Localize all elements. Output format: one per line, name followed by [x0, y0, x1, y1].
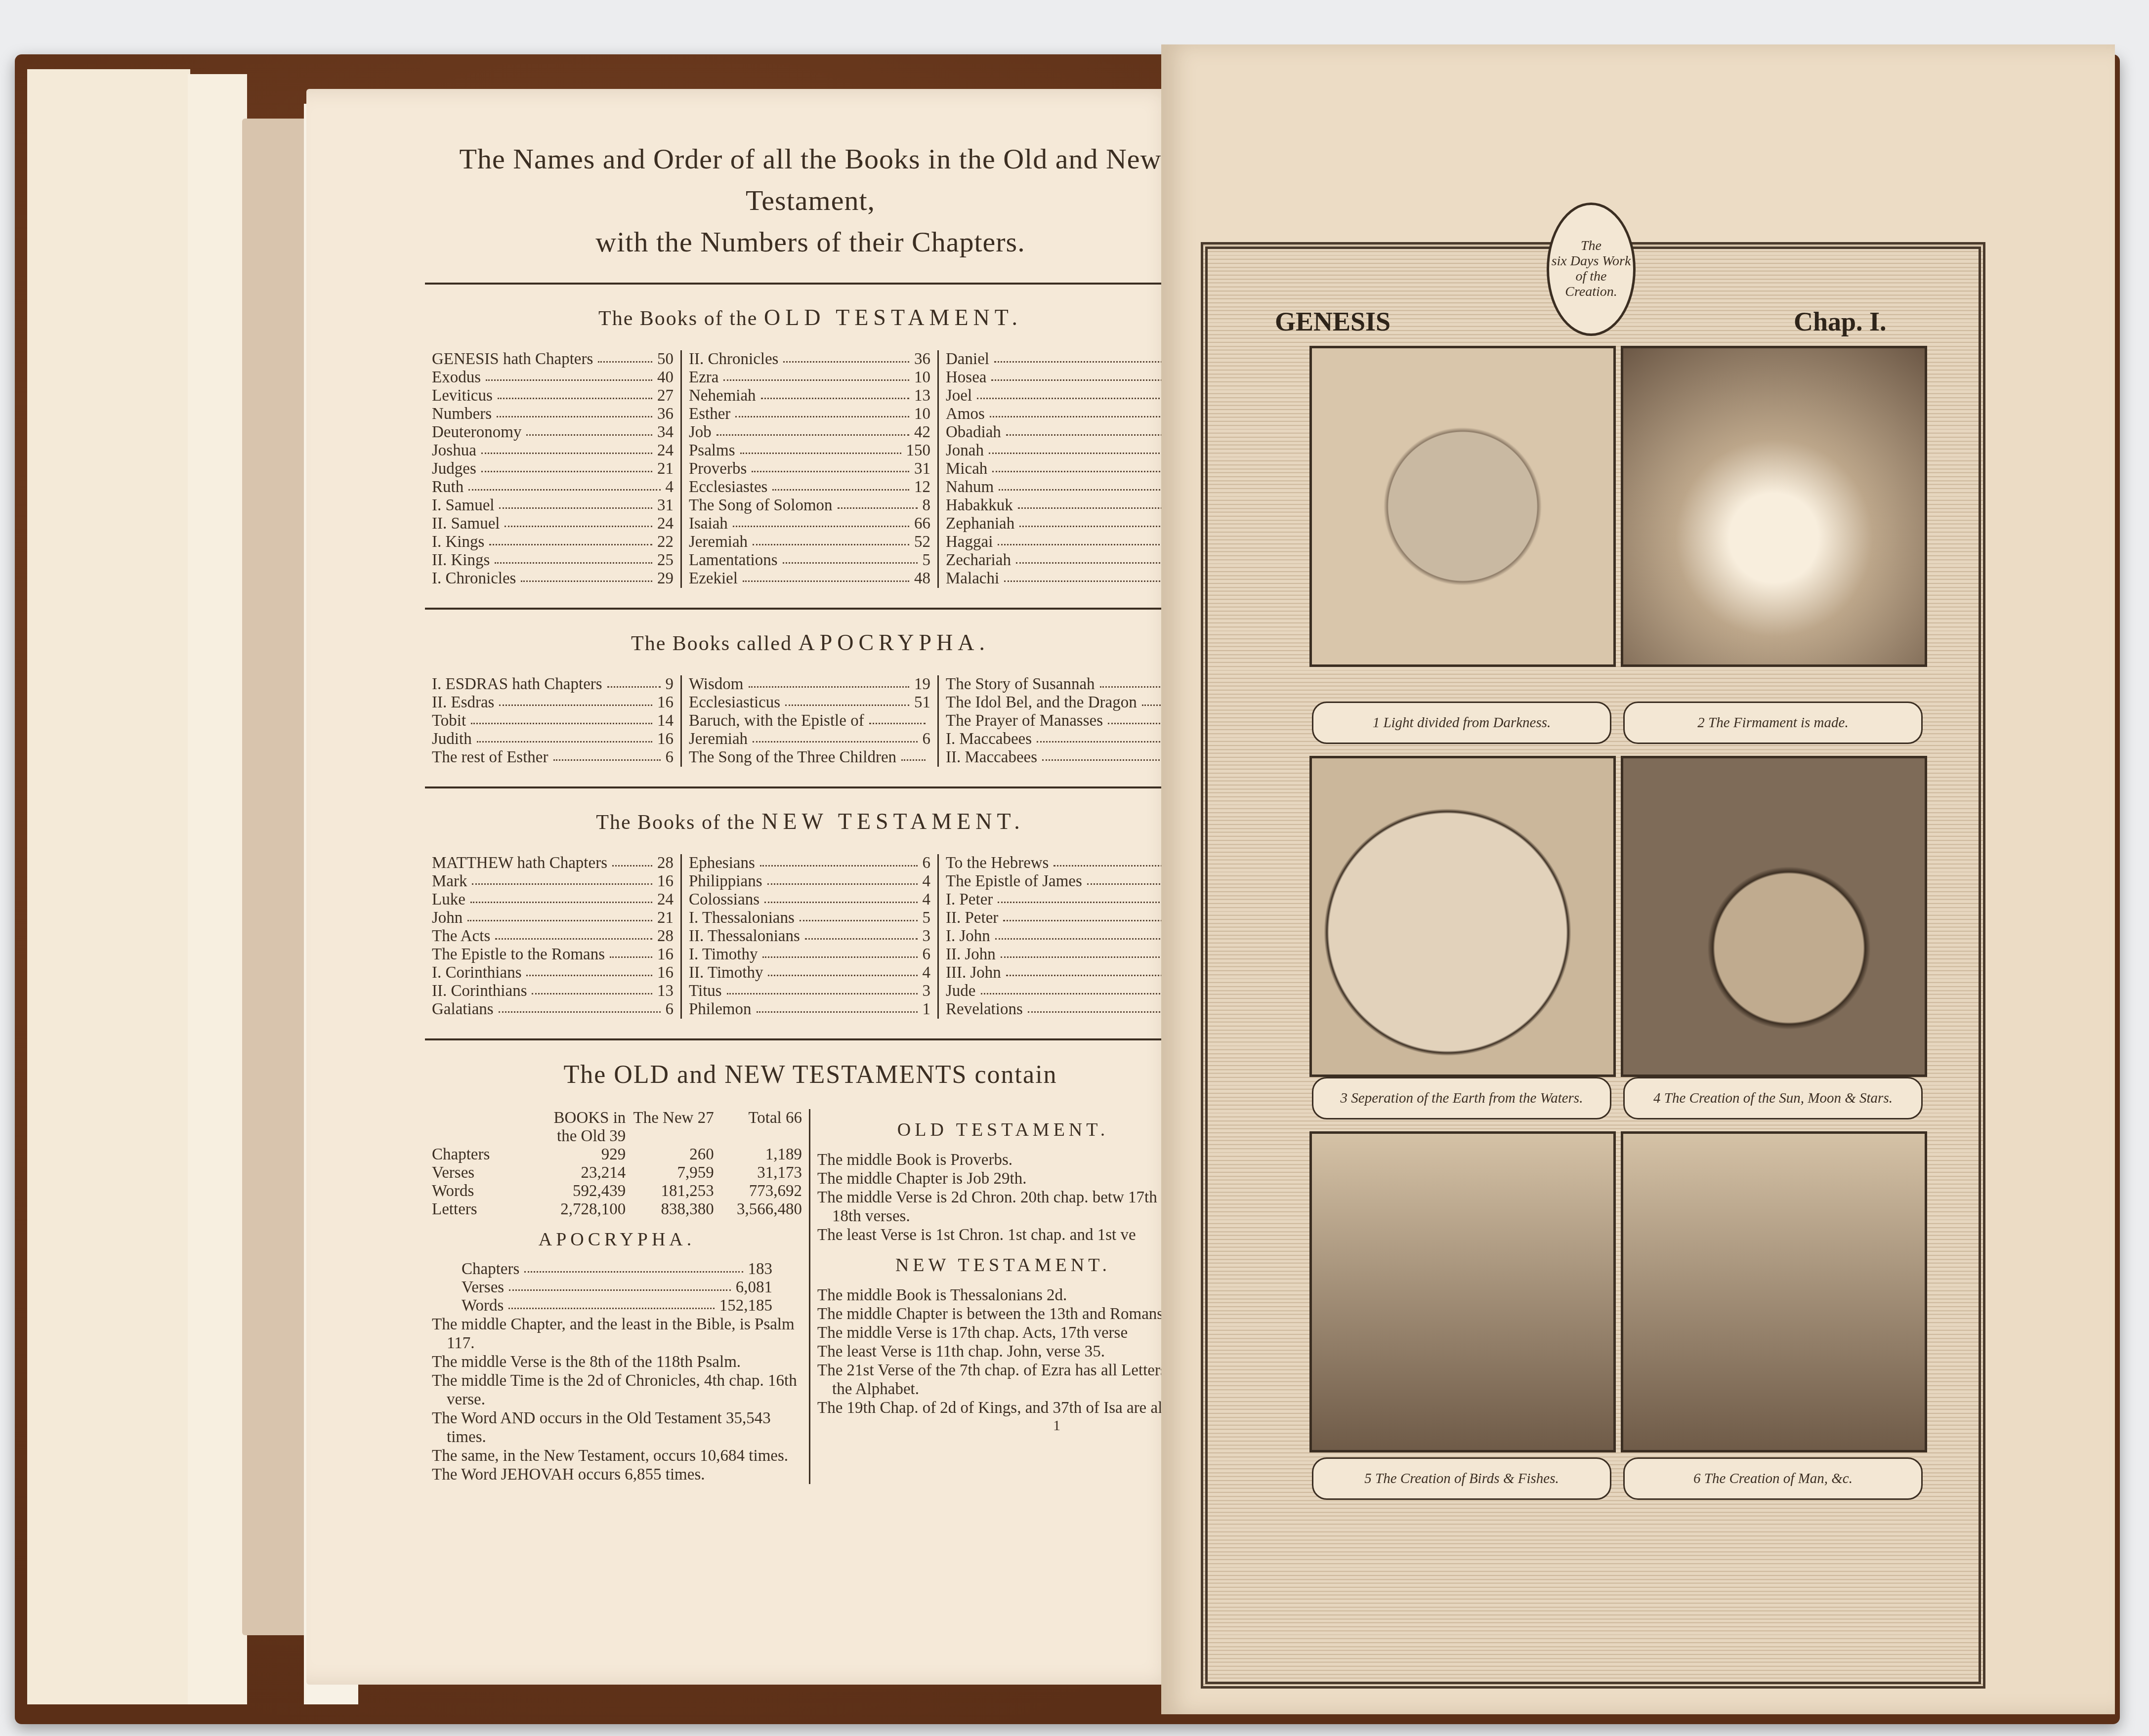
leader-dots	[995, 927, 1184, 940]
book-name: Job	[689, 423, 712, 442]
book-name: I. Maccabees	[946, 730, 1032, 748]
book-name: The Idol Bel, and the Dragon	[946, 694, 1137, 712]
apocrypha-stat-row: Chapters183	[432, 1260, 802, 1279]
apocrypha-list: I. ESDRAS hath Chapters9II. Esdras16Tobi…	[425, 675, 1196, 767]
chapter-count: 6	[923, 730, 931, 748]
leader-dots	[762, 946, 917, 958]
leader-dots	[772, 478, 909, 491]
book-row: Jeremiah52	[689, 533, 930, 551]
heading-prefix: The Books of the	[596, 811, 755, 834]
new-testament-subheading: NEW TESTAMENT.	[817, 1254, 1189, 1276]
chapter-count: 22	[657, 533, 674, 551]
engraved-header: GENESIS Chap. I. The six Days Work of th…	[1201, 232, 1981, 321]
book-column: To the HebrewsThe Epistle of JamesI. Pet…	[939, 854, 1196, 1019]
leader-dots	[723, 369, 909, 381]
statistics-left: BOOKS in the Old 39The New 27Total 66Cha…	[425, 1109, 810, 1484]
leader-dots	[499, 694, 652, 706]
leader-dots	[992, 460, 1184, 472]
book-row: GENESIS hath Chapters50	[432, 350, 674, 369]
book-name: II. Samuel	[432, 515, 500, 533]
book-name: Ephesians	[689, 854, 755, 872]
leader-dots	[990, 405, 1184, 417]
leader-dots	[743, 570, 909, 582]
book-name: Leviticus	[432, 387, 493, 405]
fact-line: The middle Chapter is between the 13th a…	[817, 1305, 1189, 1323]
leader-dots	[470, 891, 652, 903]
book-name: Esther	[689, 405, 730, 423]
book-name: Habakkuk	[946, 496, 1013, 515]
book-column: MATTHEW hath Chapters28Mark16Luke24John2…	[425, 854, 682, 1019]
book-row: Philemon1	[689, 1000, 930, 1019]
chapter-count: 6	[666, 1000, 674, 1019]
leader-dots	[486, 369, 652, 381]
leader-dots	[524, 1260, 743, 1273]
apocrypha-subheading: APOCRYPHA.	[432, 1229, 802, 1250]
heading-caps: OLD TESTAMENT.	[764, 305, 1022, 330]
page-title: The Names and Order of all the Books in …	[425, 138, 1196, 263]
chapter-count: 5	[923, 551, 931, 570]
book-name: To the Hebrews	[946, 854, 1049, 872]
totals-cell: 7,959	[626, 1164, 714, 1182]
stat-label: Chapters	[462, 1260, 519, 1279]
totals-header: BOOKS in the Old 39The New 27Total 66	[432, 1109, 802, 1146]
leader-dots	[532, 982, 652, 994]
book-name: Joel	[946, 387, 972, 405]
book-row: III. John	[946, 964, 1189, 982]
leader-dots	[553, 748, 661, 761]
leader-dots	[509, 1279, 731, 1291]
totals-table: BOOKS in the Old 39The New 27Total 66Cha…	[432, 1109, 802, 1219]
divider	[425, 786, 1196, 788]
new-testament-list: MATTHEW hath Chapters28Mark16Luke24John2…	[425, 854, 1196, 1019]
leader-dots	[901, 748, 926, 761]
caption-5: 5 The Creation of Birds & Fishes.	[1312, 1457, 1611, 1500]
chapter-count: 24	[657, 442, 674, 460]
book-row: Revelations	[946, 1000, 1189, 1019]
leader-dots	[749, 675, 909, 688]
book-row: MATTHEW hath Chapters28	[432, 854, 674, 872]
apocrypha-stat-row: Words152,185	[432, 1297, 802, 1315]
book-name: Obadiah	[946, 423, 1001, 442]
leader-dots	[495, 551, 652, 564]
book-row: II. Maccabees	[946, 748, 1189, 767]
leader-dots	[753, 730, 917, 743]
book-name: Zechariah	[946, 551, 1011, 570]
book-name: John	[432, 909, 463, 927]
leader-dots	[768, 964, 917, 976]
leader-dots	[481, 442, 652, 454]
totals-cell: 592,439	[538, 1182, 626, 1200]
book-row: Deuteronomy34	[432, 423, 674, 442]
book-row: II. Kings25	[432, 551, 674, 570]
stat-label: Words	[462, 1297, 504, 1315]
chapter-count: 16	[657, 872, 674, 891]
book-column: Ephesians6Philippians4Colossians4I. Thes…	[682, 854, 939, 1019]
book-row: I. Peter	[946, 891, 1189, 909]
book-row: Psalms150	[689, 442, 930, 460]
book-name: The Song of the Three Children	[689, 748, 896, 767]
book-name: Isaiah	[689, 515, 728, 533]
book-name: Joshua	[432, 442, 476, 460]
fact-line: The middle Verse is 17th chap. Acts, 17t…	[817, 1323, 1189, 1342]
book-row: II. Chronicles36	[689, 350, 930, 369]
panel-creation-of-man	[1621, 1131, 1927, 1452]
medallion: The six Days Work of the Creation.	[1547, 203, 1636, 336]
book-name: Judith	[432, 730, 472, 748]
chapter-count: 9	[666, 675, 674, 694]
book-name: The Story of Susannah	[946, 675, 1095, 694]
chapter-count: 28	[657, 854, 674, 872]
leader-dots	[1006, 423, 1184, 436]
book-row: The Epistle to the Romans16	[432, 946, 674, 964]
leader-dots	[735, 405, 909, 417]
heading-caps: NEW TESTAMENT.	[761, 809, 1024, 834]
stat-label: Verses	[462, 1279, 504, 1297]
book-name: Exodus	[432, 369, 481, 387]
chapter-count: 40	[657, 369, 674, 387]
book-name: Ruth	[432, 478, 464, 496]
leader-dots	[1003, 909, 1184, 921]
book-name: Galatians	[432, 1000, 494, 1019]
chapter-count: 36	[657, 405, 674, 423]
book-row: To the Hebrews	[946, 854, 1189, 872]
book-name: Jeremiah	[689, 730, 748, 748]
medallion-line: The	[1581, 239, 1601, 254]
book-row: Joel	[946, 387, 1189, 405]
book-name: Haggai	[946, 533, 993, 551]
book-row: Malachi	[946, 570, 1189, 588]
book-name: Jeremiah	[689, 533, 748, 551]
heading-prefix: The Books of the	[598, 307, 758, 330]
chapter-count: 4	[923, 891, 931, 909]
totals-cell: 2,728,100	[538, 1200, 626, 1219]
caption-1: 1 Light divided from Darkness.	[1312, 702, 1611, 744]
book-row: I. Corinthians16	[432, 964, 674, 982]
book-row: I. Samuel31	[432, 496, 674, 515]
book-name: I. Timothy	[689, 946, 758, 964]
book-name: Numbers	[432, 405, 492, 423]
book-name: I. Corinthians	[432, 964, 521, 982]
totals-row: Chapters9292601,189	[432, 1146, 802, 1164]
chapter-count: 12	[914, 478, 930, 496]
chapter-count: 16	[657, 964, 674, 982]
totals-cell: 929	[538, 1146, 626, 1164]
book-name: Jonah	[946, 442, 984, 460]
medallion-line: of the	[1576, 269, 1607, 285]
leader-dots	[716, 423, 909, 436]
leader-dots	[753, 533, 909, 545]
totals-cell: 1,189	[714, 1146, 802, 1164]
chapter-count: 150	[906, 442, 931, 460]
book-row: Micah	[946, 460, 1189, 478]
leader-dots	[869, 712, 926, 724]
book-name: Jude	[946, 982, 976, 1000]
totals-header-cell: BOOKS in the Old 39	[538, 1109, 626, 1146]
leader-dots	[764, 891, 917, 903]
leader-dots	[989, 442, 1184, 454]
book-name: II. John	[946, 946, 996, 964]
panel-light-darkness	[1309, 346, 1616, 667]
book-name: GENESIS hath Chapters	[432, 350, 593, 369]
book-name: II. Maccabees	[946, 748, 1037, 767]
book-row: Jonah	[946, 442, 1189, 460]
caption-6: 6 The Creation of Man, &c.	[1623, 1457, 1923, 1500]
panel-earth-waters	[1309, 756, 1616, 1077]
chapter-count: 21	[657, 909, 674, 927]
chapter-count: 19	[914, 675, 930, 694]
leader-dots	[508, 1297, 714, 1309]
divider	[425, 283, 1196, 285]
book-name: Lamentations	[689, 551, 778, 570]
old-testament-facts: The middle Book is Proverbs.The middle C…	[817, 1151, 1189, 1244]
leader-dots	[998, 891, 1184, 903]
fact-line: The least Verse is 1st Chron. 1st chap. …	[817, 1226, 1189, 1244]
leader-dots	[467, 909, 652, 921]
leader-dots	[521, 570, 652, 582]
book-name: I. Peter	[946, 891, 993, 909]
heading-prefix: The Books called	[631, 632, 792, 655]
book-row: Galatians6	[432, 1000, 674, 1019]
divider	[425, 608, 1196, 610]
book-row: Ruth4	[432, 478, 674, 496]
book-name: The Song of Solomon	[689, 496, 833, 515]
right-page-engraving: GENESIS Chap. I. The six Days Work of th…	[1161, 44, 2115, 1714]
book-row: Haggai	[946, 533, 1189, 551]
fact-line: The 19th Chap. of 2d of Kings, and 37th …	[817, 1399, 1189, 1417]
leader-dots	[1004, 570, 1184, 582]
chapter-count: 16	[657, 694, 674, 712]
book-name: Philippians	[689, 872, 762, 891]
panel-sun-moon-stars	[1621, 756, 1927, 1077]
book-name: Malachi	[946, 570, 999, 588]
title-line-2: with the Numbers of their Chapters.	[425, 221, 1196, 263]
stat-value: 183	[748, 1260, 773, 1279]
chapter-count: 4	[923, 872, 931, 891]
leader-dots	[497, 405, 652, 417]
leader-dots	[607, 675, 661, 688]
book-row: The Idol Bel, and the Dragon	[946, 694, 1189, 712]
book-name: Proverbs	[689, 460, 747, 478]
book-row: The Epistle of James	[946, 872, 1189, 891]
book-row: II. Timothy4	[689, 964, 930, 982]
apocrypha-stat-row: Verses6,081	[432, 1279, 802, 1297]
book-name: The Acts	[432, 927, 490, 946]
leader-dots	[752, 460, 909, 472]
chapter-count: 10	[914, 405, 930, 423]
fact-line: The middle Book is Proverbs.	[817, 1151, 1189, 1169]
book-name: Ezra	[689, 369, 718, 387]
book-column: DanielHoseaJoelAmosObadiahJonahMicahNahu…	[939, 350, 1196, 588]
book-name: I. John	[946, 927, 990, 946]
bible-facts: The middle Chapter, and the least in the…	[432, 1315, 802, 1484]
book-name: Philemon	[689, 1000, 752, 1019]
leader-dots	[994, 350, 1184, 363]
chapter-count: 21	[657, 460, 674, 478]
totals-row: Letters2,728,100838,3803,566,480	[432, 1200, 802, 1219]
book-column: Wisdom19Ecclesiasticus51Baruch, with the…	[682, 675, 939, 767]
leader-dots	[1019, 515, 1184, 527]
book-name: Ecclesiastes	[689, 478, 767, 496]
chapter-count: 4	[923, 964, 931, 982]
book-row: Amos	[946, 405, 1189, 423]
chapter-count: 5	[923, 909, 931, 927]
book-row: I. Thessalonians5	[689, 909, 930, 927]
leader-dots	[471, 712, 652, 724]
divider	[425, 1038, 1196, 1040]
leader-dots	[838, 496, 918, 509]
leader-dots	[760, 854, 918, 867]
chapter-count: 24	[657, 515, 674, 533]
chapter-count: 50	[657, 350, 674, 369]
book-name: Colossians	[689, 891, 759, 909]
chapter-count: 51	[914, 694, 930, 712]
leader-dots	[598, 350, 652, 363]
chapter-count: 4	[666, 478, 674, 496]
book-row: Lamentations5	[689, 551, 930, 570]
book-name: Psalms	[689, 442, 735, 460]
chapter-count: 16	[657, 946, 674, 964]
book-row: Zechariah	[946, 551, 1189, 570]
chapter-count: 31	[657, 496, 674, 515]
book-name: Ezekiel	[689, 570, 738, 588]
endpaper	[27, 69, 190, 1704]
book-row: The Song of the Three Children	[689, 748, 930, 767]
leader-dots	[977, 387, 1184, 399]
fact-line: The middle Chapter, and the least in the…	[432, 1315, 802, 1353]
book-name: I. Thessalonians	[689, 909, 795, 927]
chapter-count: 36	[914, 350, 930, 369]
totals-header-cell: The New 27	[626, 1109, 714, 1146]
book-row: I. John	[946, 927, 1189, 946]
leader-dots	[477, 730, 652, 743]
book-name: II. Thessalonians	[689, 927, 800, 946]
contain-heading: The OLD and NEW TESTAMENTS contain	[425, 1060, 1196, 1089]
book-row: Judges21	[432, 460, 674, 478]
book-row: Obadiah	[946, 423, 1189, 442]
stat-value: 6,081	[736, 1279, 772, 1297]
book-row: Habakkuk	[946, 496, 1189, 515]
chapter-count: 28	[657, 927, 674, 946]
fact-line: The middle Book is Thessalonians 2d.	[817, 1286, 1189, 1305]
book-name: Tobit	[432, 712, 466, 730]
apocrypha-stats: Chapters183Verses6,081Words152,185	[432, 1260, 802, 1315]
book-name: Nehemiah	[689, 387, 756, 405]
chapter-count: 66	[914, 515, 930, 533]
book-row: Baruch, with the Epistle of	[689, 712, 930, 730]
book-name: Revelations	[946, 1000, 1023, 1019]
totals-cell: 3,566,480	[714, 1200, 802, 1219]
book-name: Ecclesiasticus	[689, 694, 780, 712]
book-name: The Epistle of James	[946, 872, 1082, 891]
totals-cell: Words	[432, 1182, 538, 1200]
book-row: II. John	[946, 946, 1189, 964]
chapter-count: 8	[923, 496, 931, 515]
book-row: II. Thessalonians3	[689, 927, 930, 946]
book-name: III. John	[946, 964, 1001, 982]
chapter-count: 13	[657, 982, 674, 1000]
book-row: Judith16	[432, 730, 674, 748]
book-name: Luke	[432, 891, 465, 909]
chapter-count: 29	[657, 570, 674, 588]
header-genesis: GENESIS	[1275, 306, 1391, 337]
book-row: Jeremiah6	[689, 730, 930, 748]
totals-row: Verses23,2147,95931,173	[432, 1164, 802, 1182]
book-row: Isaiah66	[689, 515, 930, 533]
book-name: The Prayer of Manasses	[946, 712, 1103, 730]
book-name: MATTHEW hath Chapters	[432, 854, 607, 872]
book-row: Daniel	[946, 350, 1189, 369]
old-testament-list: GENESIS hath Chapters50Exodus40Leviticus…	[425, 350, 1196, 588]
book-row: I. Kings22	[432, 533, 674, 551]
caption-2: 2 The Firmament is made.	[1623, 702, 1923, 744]
book-name: Mark	[432, 872, 467, 891]
book-row: Luke24	[432, 891, 674, 909]
book-name: II. Esdras	[432, 694, 494, 712]
book-row: The Acts28	[432, 927, 674, 946]
leader-dots	[612, 854, 652, 867]
leader-dots	[498, 387, 652, 399]
book-row: Tobit14	[432, 712, 674, 730]
totals-cell: 181,253	[626, 1182, 714, 1200]
book-name: II. Peter	[946, 909, 998, 927]
caption-4: 4 The Creation of the Sun, Moon & Stars.	[1623, 1077, 1923, 1119]
totals-cell: Chapters	[432, 1146, 538, 1164]
chapter-count: 42	[914, 423, 930, 442]
book-row: I. ESDRAS hath Chapters9	[432, 675, 674, 694]
leader-dots	[783, 350, 909, 363]
chapter-count: 10	[914, 369, 930, 387]
leader-dots	[733, 515, 909, 527]
leader-dots	[800, 909, 918, 921]
fact-line: The middle Verse is the 8th of the 118th…	[432, 1353, 802, 1371]
chapter-count: 16	[657, 730, 674, 748]
leader-dots	[526, 964, 652, 976]
book-row: II. Corinthians13	[432, 982, 674, 1000]
totals-row: Words592,439181,253773,692	[432, 1182, 802, 1200]
book-name: Wisdom	[689, 675, 744, 694]
book-name: The rest of Esther	[432, 748, 548, 767]
totals-cell: Letters	[432, 1200, 538, 1219]
leader-dots	[785, 694, 909, 706]
old-testament-subheading: OLD TESTAMENT.	[817, 1119, 1189, 1141]
book-row: Colossians4	[689, 891, 930, 909]
leader-dots	[757, 1000, 918, 1013]
leader-dots	[805, 927, 918, 940]
leader-dots	[489, 533, 652, 545]
leader-dots	[999, 478, 1184, 491]
leader-dots	[481, 460, 652, 472]
leader-dots	[767, 872, 918, 885]
chapter-count: 6	[923, 854, 931, 872]
chapter-count: 6	[923, 946, 931, 964]
chapter-count: 31	[914, 460, 930, 478]
book-name: I. ESDRAS hath Chapters	[432, 675, 602, 694]
book-row: Jude	[946, 982, 1189, 1000]
leader-dots	[1001, 946, 1184, 958]
book-row: Mark16	[432, 872, 674, 891]
book-row: Job42	[689, 423, 930, 442]
leader-dots	[740, 442, 901, 454]
book-name: Baruch, with the Epistle of	[689, 712, 864, 730]
book-row: Joshua24	[432, 442, 674, 460]
heading-caps: APOCRYPHA.	[798, 630, 990, 655]
book-row: Wisdom19	[689, 675, 930, 694]
book-row: Ephesians6	[689, 854, 930, 872]
book-name: I. Kings	[432, 533, 484, 551]
book-row: Philippians4	[689, 872, 930, 891]
book-name: Hosea	[946, 369, 986, 387]
book-row: Numbers36	[432, 405, 674, 423]
